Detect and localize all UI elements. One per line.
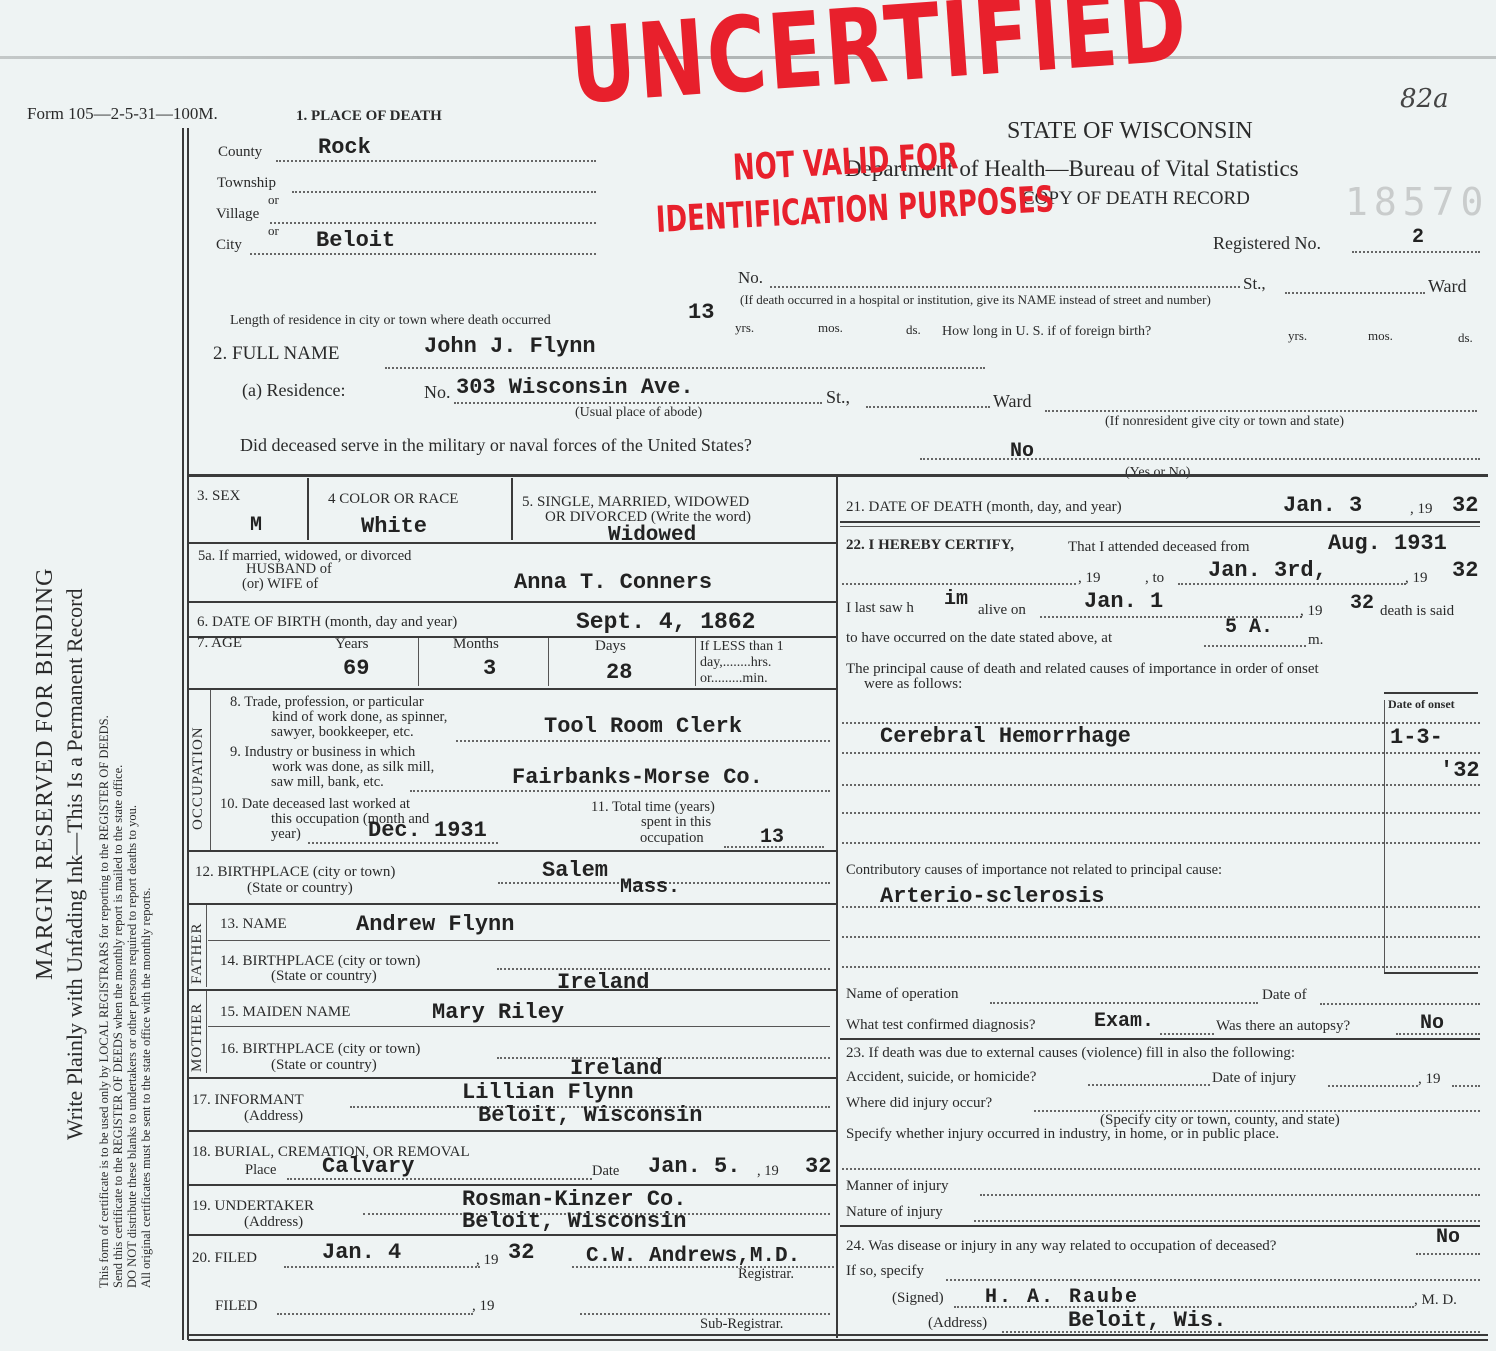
father-birthplace-line	[497, 968, 830, 970]
industry-value: Fairbanks-Morse Co.	[512, 765, 763, 790]
residence-label: (a) Residence:	[242, 380, 345, 401]
injury-date-line	[1328, 1085, 1418, 1087]
occurred-label: to have occurred on the date stated abov…	[846, 630, 1112, 647]
onset-value-2: '32	[1440, 758, 1480, 783]
onset-bottom-rule	[1384, 972, 1478, 974]
residence-ward-value-line	[1045, 410, 1477, 412]
alive-on-label: alive on	[978, 602, 1026, 619]
specify-where-label: Specify whether injury occurred in indus…	[846, 1126, 1279, 1143]
cause-line-2	[842, 752, 1480, 754]
last-saw-label: I last saw h	[846, 600, 914, 617]
birthplace-label-1: 12. BIRTHPLACE (city or town)	[195, 864, 395, 881]
registrar-label: Registrar.	[738, 1266, 794, 1283]
residence-ward-line	[866, 406, 990, 408]
address-label: (Address)	[928, 1315, 987, 1332]
test-value: Exam.	[1094, 1010, 1154, 1033]
place-of-death-label: 1. PLACE OF DEATH	[296, 108, 442, 125]
cause-intro-2: were as follows:	[864, 676, 962, 693]
age-label: 7. AGE	[197, 635, 242, 652]
row-divider-father-name	[208, 940, 830, 941]
subregistrar-label: Sub-Registrar.	[700, 1316, 783, 1333]
last-worked-label-3: year)	[271, 826, 301, 843]
row-divider-autopsy	[840, 1038, 1480, 1040]
time-line	[1204, 645, 1306, 647]
dod-value: Jan. 3	[1283, 493, 1362, 518]
sex-race-divider	[307, 478, 309, 540]
burial-date-label: Date	[592, 1163, 619, 1180]
uncertified-stamp: UNCERTIFIED	[566, 0, 1192, 128]
months-label: Months	[453, 636, 499, 653]
subregistrar-line	[580, 1313, 830, 1315]
contributory-label: Contributory causes of importance not re…	[846, 862, 1222, 879]
days-value: 28	[606, 660, 632, 685]
dod-year-prefix: , 19	[1410, 501, 1433, 518]
birthplace-city: Salem	[542, 858, 608, 883]
state-title: STATE OF WISCONSIN	[1007, 118, 1253, 145]
mother-side-label: MOTHER	[189, 1003, 206, 1072]
mos-label: mos.	[818, 320, 843, 336]
years-value: 69	[343, 656, 369, 681]
total-time-label-2: spent in this	[641, 814, 711, 831]
dob-label: 6. DATE OF BIRTH (month, day and year)	[197, 614, 457, 631]
onset-divider	[1384, 700, 1385, 972]
city-label: City	[216, 237, 242, 254]
form-border-bottom-1	[188, 1334, 1488, 1336]
last-saw-year-value: 32	[1350, 592, 1374, 615]
military-value: No	[1010, 440, 1034, 463]
occupation-side-label: OCCUPATION	[190, 726, 207, 830]
margin-note-4: All original certificates must be sent t…	[139, 888, 153, 1288]
row-divider-birthplace	[188, 903, 836, 905]
trade-value: Tool Room Clerk	[544, 714, 742, 739]
last-worked-value: Dec. 1931	[368, 818, 487, 843]
less-than-day-label-2: day,........hrs.	[700, 655, 771, 671]
test-label: What test confirmed diagnosis?	[846, 1017, 1036, 1034]
signed-value: H. A. Raube	[985, 1286, 1139, 1309]
md-suffix: , M. D.	[1414, 1292, 1457, 1309]
not-valid-stamp-line2: IDENTIFICATION PURPOSES	[655, 179, 1055, 241]
informant-address: Beloit, Wisconsin	[478, 1103, 702, 1128]
father-side-divider	[206, 905, 207, 987]
trade-line	[456, 740, 830, 742]
margin-title: MARGIN RESERVED FOR BINDING	[32, 568, 59, 980]
attended-nineteen: , 19	[1078, 570, 1101, 587]
section-divider	[188, 474, 1488, 477]
industry-line	[410, 790, 830, 792]
margin-subtitle: Write Plainly with Unfading Ink—This Is …	[62, 589, 88, 1140]
mother-name-value: Mary Riley	[432, 1000, 564, 1025]
dod-year-value: 32	[1452, 493, 1478, 518]
margin-note-1: This form of certificate is to be used o…	[97, 715, 111, 1288]
burial-year-value: 32	[805, 1154, 831, 1179]
m-suffix: m.	[1308, 632, 1323, 649]
operation-label: Name of operation	[846, 986, 958, 1003]
age-divider-2	[548, 638, 549, 686]
last-saw-year-prefix: , 19	[1300, 603, 1323, 620]
county-value: Rock	[318, 135, 371, 160]
street-no-line	[770, 286, 1240, 288]
row-divider-dod-2	[840, 526, 1480, 527]
death-is-said: death is said	[1380, 603, 1454, 620]
months-value: 3	[483, 656, 496, 681]
row-divider-mother	[188, 1077, 836, 1079]
attended-from-line	[842, 583, 1076, 585]
cause-line-5	[842, 842, 1480, 844]
accident-label: Accident, suicide, or homicide?	[846, 1069, 1036, 1086]
form-border-left-outer	[182, 128, 184, 1340]
where-label: Where did injury occur?	[846, 1095, 992, 1112]
nature-line	[974, 1220, 1480, 1222]
address-value: Beloit, Wis.	[1068, 1308, 1226, 1333]
attended-to-year-value: 32	[1452, 558, 1478, 583]
usual-abode-note: (Usual place of abode)	[575, 405, 702, 421]
foreign-yrs-label: yrs.	[1288, 328, 1307, 344]
or-label-1: or	[268, 192, 279, 208]
handwritten-note: 82a	[1400, 84, 1449, 114]
copy-title: COPY OF DEATH RECORD	[1022, 188, 1250, 210]
less-than-day-label-1: If LESS than 1	[700, 639, 784, 655]
ds-label: ds.	[906, 322, 921, 338]
residence-length-label: Length of residence in city or town wher…	[230, 313, 551, 329]
years-label: Years	[335, 636, 368, 653]
mother-birthplace-label-2: (State or country)	[271, 1057, 377, 1074]
village-line	[270, 222, 596, 224]
less-than-day-label-3: or.........min.	[700, 671, 768, 687]
filed2-label: FILED	[215, 1298, 258, 1315]
city-value: Beloit	[316, 228, 395, 253]
foreign-ds-label: ds.	[1458, 330, 1473, 346]
nonresident-note: (If nonresident give city or town and st…	[1105, 414, 1344, 430]
cause-line-3	[842, 784, 1480, 786]
certify-text: That I attended deceased from	[1068, 539, 1250, 556]
filed-year-value: 32	[508, 1240, 534, 1265]
burial-place-value: Calvary	[322, 1154, 414, 1179]
autopsy-value: No	[1420, 1012, 1444, 1035]
sex-label: 3. SEX	[197, 488, 240, 505]
informant-label-2: (Address)	[244, 1108, 303, 1125]
residence-st-label: St.,	[826, 387, 850, 408]
undertaker-address: Beloit, Wisconsin	[462, 1209, 686, 1234]
operation-line	[990, 1002, 1258, 1004]
injury-year-prefix: , 19	[1418, 1071, 1441, 1088]
row-divider-age	[188, 688, 836, 690]
attended-to-label: , to	[1145, 570, 1164, 587]
residence-line	[454, 402, 822, 404]
row-divider-injury	[840, 1225, 1480, 1227]
dod-label: 21. DATE OF DEATH (month, day, and year)	[846, 499, 1122, 516]
margin-note-3: DO NOT distribute these blanks to undert…	[125, 805, 139, 1288]
nature-label: Nature of injury	[846, 1204, 943, 1221]
onset-top-rule	[1384, 692, 1478, 694]
mother-side-divider	[206, 991, 207, 1073]
township-line	[292, 191, 596, 193]
faint-serial-number: 18570	[1345, 180, 1489, 224]
mother-name-label: 15. MAIDEN NAME	[220, 1004, 350, 1021]
burial-date-value: Jan. 5.	[648, 1154, 740, 1179]
external-causes-label: 23. If death was due to external causes …	[846, 1045, 1295, 1062]
father-birthplace-value: Ireland	[557, 970, 649, 995]
spouse-label-3: (or) WIFE of	[242, 576, 318, 593]
margin-note-2: Send this certificate to the REGISTER OF…	[111, 765, 125, 1288]
row-divider-dob	[188, 636, 836, 638]
row-divider-mother-name	[208, 1026, 830, 1027]
days-label: Days	[595, 638, 626, 655]
signed-label: (Signed)	[892, 1290, 944, 1307]
manner-label: Manner of injury	[846, 1178, 948, 1195]
occupation-related-label: 24. Was disease or injury in any way rel…	[846, 1238, 1276, 1255]
autopsy-label: Was there an autopsy?	[1216, 1018, 1350, 1035]
undertaker-label-2: (Address)	[244, 1214, 303, 1231]
time-value: 5 A.	[1225, 616, 1273, 639]
county-label: County	[218, 144, 262, 161]
onset-header: Date of onset	[1388, 697, 1455, 712]
injury-date-label: Date of injury	[1212, 1070, 1296, 1087]
full-name-label: 2. FULL NAME	[213, 343, 340, 365]
attended-from-value: Aug. 1931	[1328, 531, 1447, 556]
foreign-mos-label: mos.	[1368, 328, 1393, 344]
village-label: Village	[216, 206, 259, 223]
burial-year-prefix: , 19	[757, 1163, 779, 1180]
residence-length-years: 13	[688, 300, 714, 325]
occupation-related-value: No	[1436, 1226, 1460, 1249]
residence-no-label: No.	[424, 382, 451, 403]
specify-where-line	[842, 1168, 1480, 1170]
form-border-bottom-2	[188, 1339, 1488, 1341]
occupation-related-line	[1416, 1253, 1480, 1255]
yrs-label: yrs.	[735, 320, 754, 336]
attended-to-year-prefix: , 19	[1405, 570, 1428, 587]
certify-label: 22. I HEREBY CERTIFY,	[846, 537, 1014, 554]
ward-label: Ward	[1428, 276, 1467, 297]
filed2-year-prefix: , 19	[472, 1298, 495, 1315]
row-divider-dod	[840, 521, 1480, 523]
full-name-line	[385, 367, 985, 369]
row-divider-occupation	[188, 850, 836, 852]
accident-line	[1088, 1084, 1210, 1086]
registered-no-value: 2	[1412, 226, 1424, 249]
race-label: 4 COLOR OR RACE	[328, 491, 458, 508]
age-divider-1	[418, 638, 419, 686]
column-divider	[836, 476, 838, 1338]
row-divider-father	[188, 989, 836, 991]
registered-no-label: Registered No.	[1213, 233, 1321, 254]
filed-label: 20. FILED	[192, 1250, 257, 1267]
military-line	[920, 458, 1480, 460]
birthplace-label-2: (State or country)	[247, 880, 353, 897]
contributory-line-2	[842, 936, 1480, 938]
cause-line-4	[842, 812, 1480, 814]
filed2-date-line	[277, 1313, 473, 1315]
sex-value: M	[250, 514, 262, 537]
filed-year-prefix: , 19	[476, 1252, 499, 1269]
street-st-label: St.,	[1243, 274, 1266, 294]
foreign-birth-label: How long in U. S. if of foreign birth?	[942, 324, 1151, 340]
if-so-line	[946, 1279, 1480, 1281]
attended-to-value: Jan. 3rd,	[1208, 558, 1327, 583]
burial-place-label: Place	[245, 1162, 276, 1179]
race-value: White	[361, 514, 427, 539]
form-number: Form 105—2-5-31—100M.	[27, 104, 218, 124]
injury-year-line	[1452, 1085, 1480, 1087]
military-label: Did deceased serve in the military or na…	[240, 435, 752, 456]
informant-label-1: 17. INFORMANT	[192, 1092, 304, 1109]
onset-value-1: 1-3-	[1390, 725, 1443, 750]
or-label-2: or	[268, 223, 279, 239]
yes-or-no-note: (Yes or No)	[1125, 465, 1190, 481]
row-divider-spouse	[188, 601, 836, 603]
hospital-note: (If death occurred in a hospital or inst…	[740, 292, 1211, 308]
operation-date-line	[1320, 1003, 1480, 1005]
occupation-side-divider	[210, 690, 211, 850]
if-so-label: If so, specify	[846, 1263, 924, 1280]
age-divider-3	[695, 638, 696, 686]
row-divider-marital	[188, 542, 836, 544]
dob-value: Sept. 4, 1862	[576, 609, 755, 635]
spouse-value: Anna T. Conners	[514, 570, 712, 595]
industry-label-3: saw mill, bank, etc.	[271, 774, 384, 791]
test-line	[1160, 1033, 1214, 1035]
last-saw-date-value: Jan. 1	[1084, 589, 1163, 614]
mother-birthplace-line	[497, 1057, 830, 1059]
registrar-value: C.W. Andrews,M.D.	[586, 1245, 800, 1268]
total-time-label-3: occupation	[640, 830, 704, 847]
undertaker-label-1: 19. UNDERTAKER	[192, 1198, 314, 1215]
race-marital-divider	[511, 478, 513, 540]
residence-ward-label: Ward	[993, 391, 1032, 412]
full-name-value: John J. Flynn	[424, 334, 596, 359]
father-name-value: Andrew Flynn	[356, 912, 514, 937]
residence-value: 303 Wisconsin Ave.	[456, 375, 694, 400]
birthplace-state: Mass.	[620, 876, 680, 899]
father-name-label: 13. NAME	[220, 916, 287, 933]
street-no-label: No.	[738, 268, 763, 288]
filed-date-value: Jan. 4	[322, 1240, 401, 1265]
operation-date-label: Date of	[1262, 987, 1307, 1004]
city-line	[250, 253, 596, 255]
father-side-label: FATHER	[189, 922, 206, 984]
principal-cause-value: Cerebral Hemorrhage	[880, 724, 1131, 749]
mother-birthplace-label-1: 16. BIRTHPLACE (city or town)	[220, 1041, 420, 1058]
father-birthplace-label-2: (State or country)	[271, 968, 377, 985]
informant-value: Lillian Flynn	[462, 1080, 634, 1105]
county-line	[276, 160, 596, 162]
attended-to-line	[1178, 583, 1406, 585]
ward-line	[1285, 292, 1425, 294]
contributory-line-3	[842, 966, 1480, 968]
manner-line	[980, 1194, 1480, 1196]
filed-date-line	[284, 1266, 480, 1268]
total-time-value: 13	[760, 826, 784, 849]
last-saw-pronoun: im	[944, 588, 968, 611]
form-border-left-inner	[187, 128, 189, 1340]
contributory-value: Arterio-sclerosis	[880, 884, 1104, 909]
registered-no-line	[1352, 251, 1480, 253]
trade-label-3: sawyer, bookkeeper, etc.	[271, 724, 414, 741]
row-divider-undertaker	[188, 1234, 836, 1236]
row-divider-burial	[188, 1184, 836, 1186]
township-label: Township	[217, 175, 276, 192]
row-divider-informant	[188, 1130, 836, 1132]
